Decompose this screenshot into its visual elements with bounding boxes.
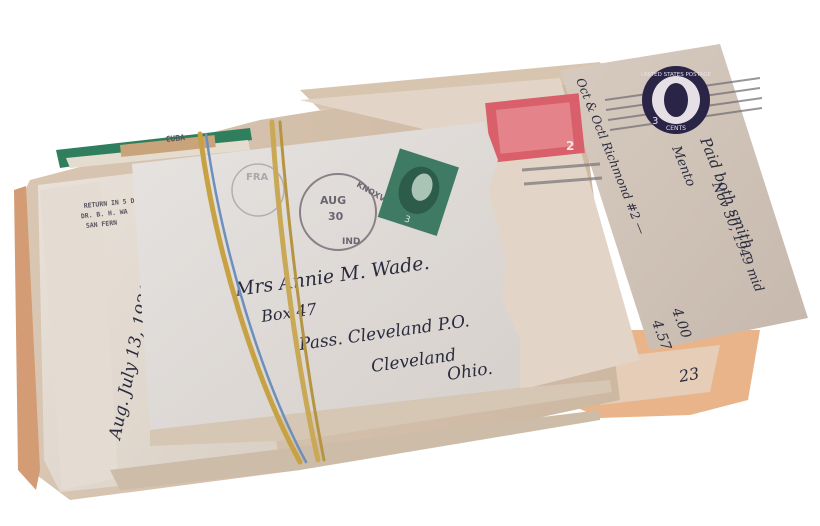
red-stamp: 2 (485, 93, 585, 162)
photo-letter-bundle: 23 CUBA RETURN IN 5 DAYS DR. B. H. WA SA… (0, 0, 820, 526)
bottom-letter-text: 23 (676, 364, 700, 386)
svg-text:IND: IND (342, 237, 360, 247)
svg-text:FRA: FRA (246, 172, 269, 183)
svg-text:2: 2 (566, 139, 574, 153)
svg-text:AUG: AUG (320, 194, 346, 207)
svg-text:30: 30 (328, 210, 344, 223)
svg-text:CENTS: CENTS (666, 125, 686, 132)
front-envelope: FRA KNOXVILLE AUG 30 IND 3 Mrs Annie M. … (132, 122, 520, 430)
svg-text:3: 3 (652, 116, 658, 127)
letters-illustration: 23 CUBA RETURN IN 5 DAYS DR. B. H. WA SA… (0, 0, 820, 526)
svg-text:UNITED STATES POSTAGE: UNITED STATES POSTAGE (641, 72, 711, 78)
